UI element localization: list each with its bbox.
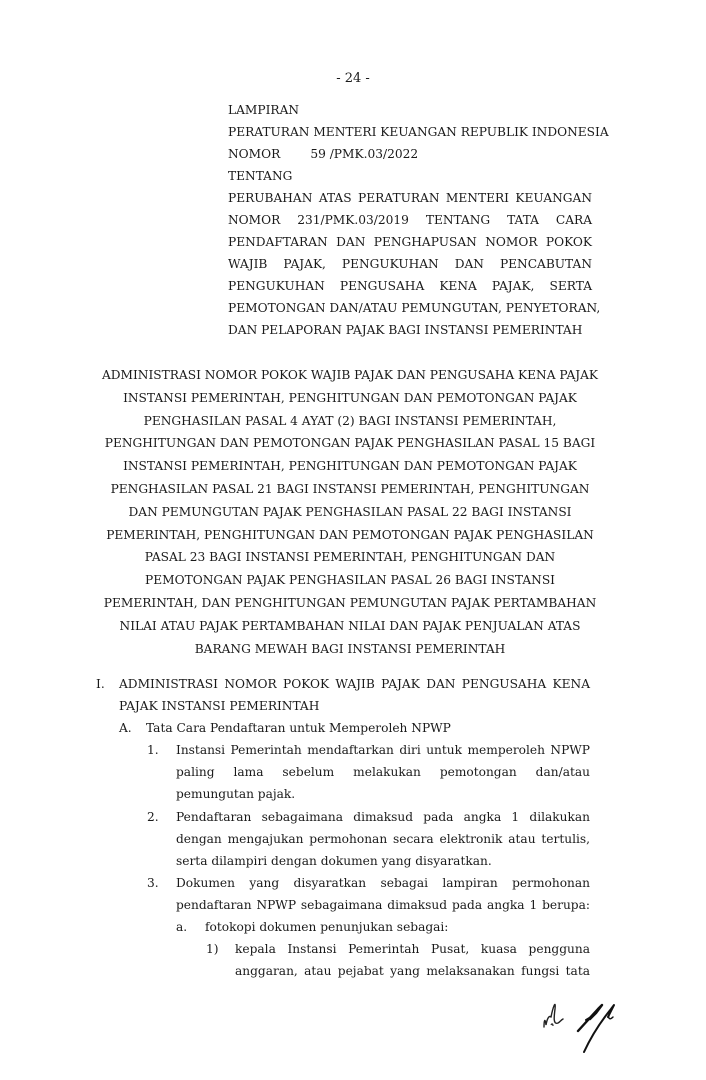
peraturan-title: PERATURAN MENTERI KEUANGAN REPUBLIK INDO… xyxy=(228,121,592,143)
item-3-marker: 3. xyxy=(147,872,159,894)
title-line: PEMERINTAH, PENGHITUNGAN DAN PEMOTONGAN … xyxy=(90,524,610,547)
section-a-heading: Tata Cara Pendaftaran untuk Memperoleh N… xyxy=(146,717,590,739)
title-line: PENGHASILAN PASAL 21 BAGI INSTANSI PEMER… xyxy=(90,478,610,501)
nomor-row: NOMOR59 /PMK.03/2022 xyxy=(228,143,592,165)
title-line: PEMERINTAH, DAN PENGHITUNGAN PEMUNGUTAN … xyxy=(90,592,610,615)
title-line: PENGHASILAN PASAL 4 AYAT (2) BAGI INSTAN… xyxy=(90,410,610,433)
item-2-line: serta dilampiri dengan dokumen yang disy… xyxy=(176,850,590,872)
title-line: NILAI ATAU PAJAK PERTAMBAHAN NILAI DAN P… xyxy=(90,615,610,638)
section-i-line: ADMINISTRASI NOMOR POKOK WAJIB PAJAK DAN… xyxy=(119,673,590,695)
nomor-label: NOMOR xyxy=(228,147,280,161)
item-3a-text: fotokopi dokumen penunjukan sebagai: xyxy=(205,916,590,938)
page-number: - 24 - xyxy=(0,71,706,86)
item-2-line: dengan mengajukan permohonan secara elek… xyxy=(176,828,590,850)
subject-line: WAJIB PAJAK, PENGUKUHAN DAN PENCABUTAN xyxy=(228,253,592,275)
item-3-line: Dokumen yang disyaratkan sebagai lampira… xyxy=(176,872,590,894)
section-a-marker: A. xyxy=(119,717,132,739)
subject-line: NOMOR 231/PMK.03/2019 TENTANG TATA CARA xyxy=(228,209,592,231)
title-line: BARANG MEWAH BAGI INSTANSI PEMERINTAH xyxy=(90,638,610,661)
signature-initials-icon xyxy=(538,995,638,1055)
item-3-line: pendaftaran NPWP sebagaimana dimaksud pa… xyxy=(176,894,590,916)
subject-line: PERUBAHAN ATAS PERATURAN MENTERI KEUANGA… xyxy=(228,187,592,209)
tentang-label: TENTANG xyxy=(228,165,592,187)
title-line: INSTANSI PEMERINTAH, PENGHITUNGAN DAN PE… xyxy=(90,387,610,410)
item-1-line: paling lama sebelum melakukan pemotongan… xyxy=(176,761,590,783)
item-1-line: pemungutan pajak. xyxy=(176,783,590,805)
item-3a-1-marker: 1) xyxy=(206,938,219,960)
subject-line: PENGUKUHAN PENGUSAHA KENA PAJAK, SERTA xyxy=(228,275,592,297)
item-1-marker: 1. xyxy=(147,739,159,761)
subject-line: PEMOTONGAN DAN/ATAU PEMUNGUTAN, PENYETOR… xyxy=(228,297,592,319)
title-line: ADMINISTRASI NOMOR POKOK WAJIB PAJAK DAN… xyxy=(90,364,610,387)
item-3a-1-line: kepala Instansi Pemerintah Pusat, kuasa … xyxy=(235,938,590,960)
title-line: DAN PEMUNGUTAN PAJAK PENGHASILAN PASAL 2… xyxy=(90,501,610,524)
subject-text: PERUBAHAN ATAS PERATURAN MENTERI KEUANGA… xyxy=(228,187,592,341)
title-line: INSTANSI PEMERINTAH, PENGHITUNGAN DAN PE… xyxy=(90,455,610,478)
subject-line: PENDAFTARAN DAN PENGHAPUSAN NOMOR POKOK xyxy=(228,231,592,253)
item-1-line: Instansi Pemerintah mendaftarkan diri un… xyxy=(176,739,590,761)
item-3a-1-line: anggaran, atau pejabat yang melaksanakan… xyxy=(235,960,590,982)
title-line: PEMOTONGAN PAJAK PENGHASILAN PASAL 26 BA… xyxy=(90,569,610,592)
item-2-marker: 2. xyxy=(147,806,159,828)
lampiran-header: LAMPIRAN PERATURAN MENTERI KEUANGAN REPU… xyxy=(228,99,592,341)
title-line: PENGHITUNGAN DAN PEMOTONGAN PAJAK PENGHA… xyxy=(90,432,610,455)
section-i-line: PAJAK INSTANSI PEMERINTAH xyxy=(119,695,590,717)
title-line: PASAL 23 BAGI INSTANSI PEMERINTAH, PENGH… xyxy=(90,546,610,569)
document-title: ADMINISTRASI NOMOR POKOK WAJIB PAJAK DAN… xyxy=(90,364,610,660)
section-i-marker: I. xyxy=(96,673,105,695)
item-2-line: Pendaftaran sebagaimana dimaksud pada an… xyxy=(176,806,590,828)
subject-line: DAN PELAPORAN PAJAK BAGI INSTANSI PEMERI… xyxy=(228,319,592,341)
item-3a-marker: a. xyxy=(176,916,187,938)
lampiran-label: LAMPIRAN xyxy=(228,99,592,121)
document-page: - 24 - LAMPIRAN PERATURAN MENTERI KEUANG… xyxy=(0,0,706,1080)
nomor-value: 59 /PMK.03/2022 xyxy=(310,147,418,161)
